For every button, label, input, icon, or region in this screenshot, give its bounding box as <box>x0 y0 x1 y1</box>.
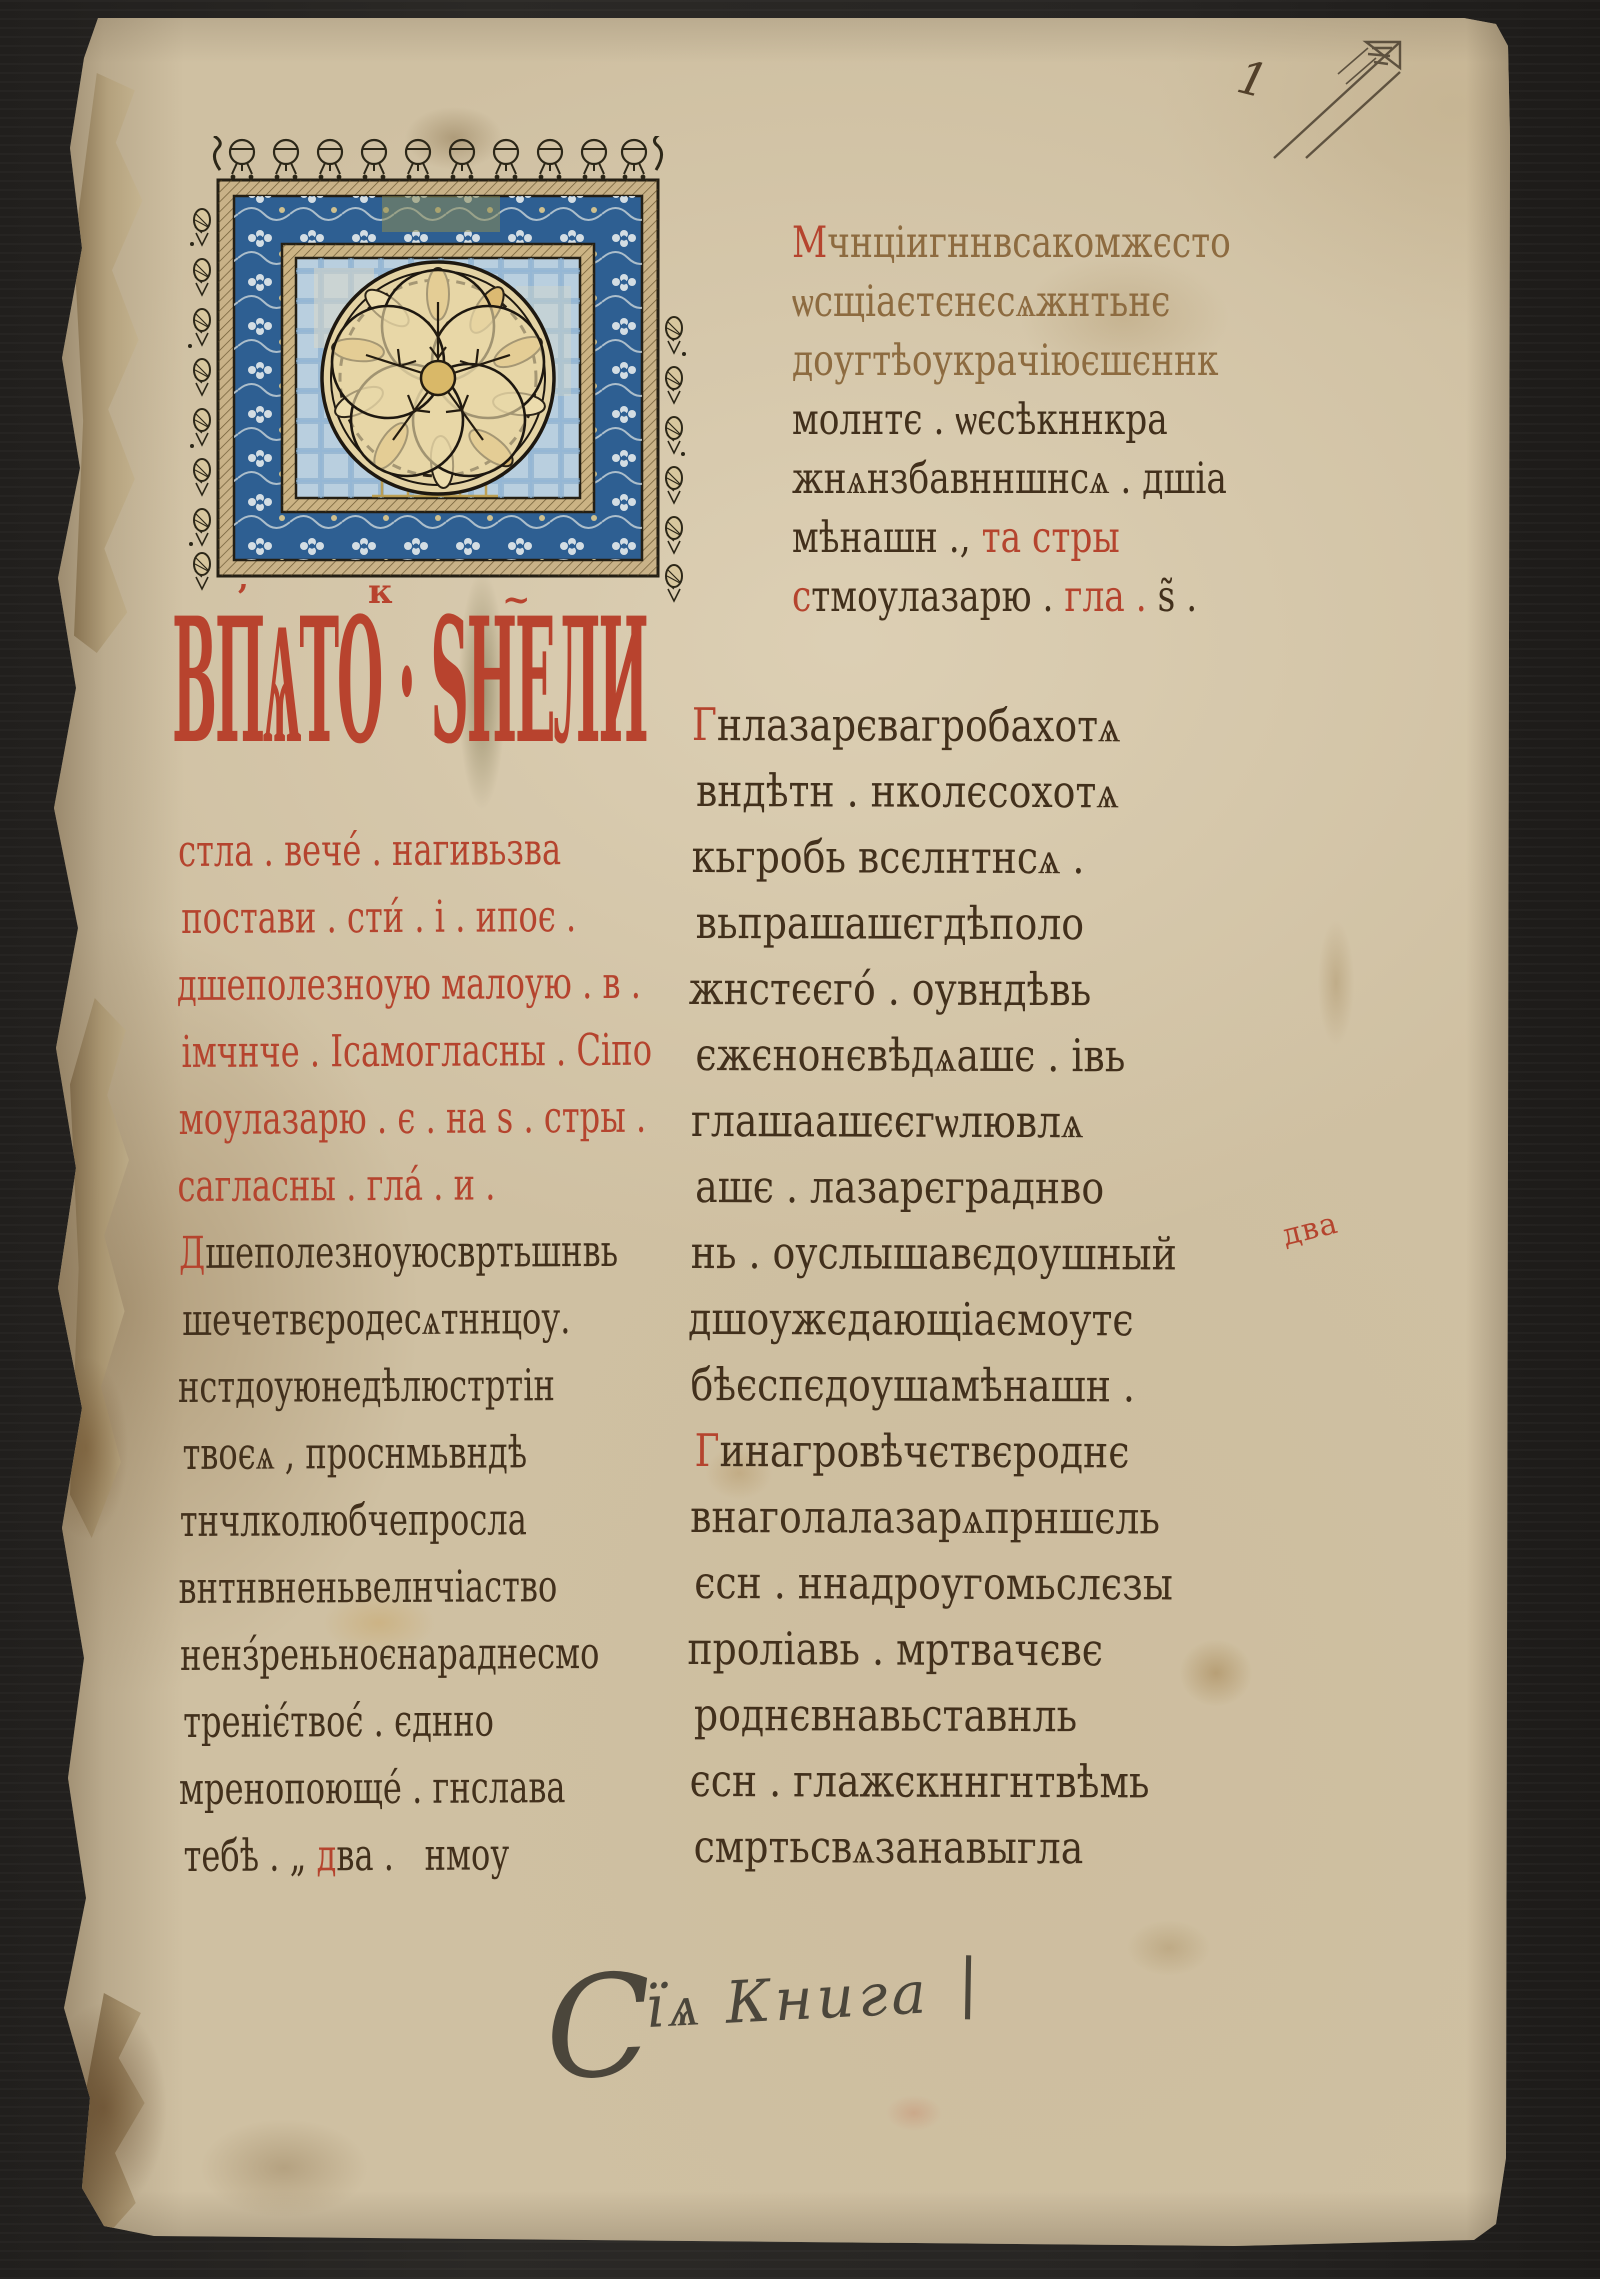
text-line: кьгробь всєлнтнсѧ . <box>692 824 1178 892</box>
text-segment: с <box>792 572 811 622</box>
text-line: мренопоюще́ . гнслава <box>179 1754 650 1823</box>
text-segment: чнціигннвсакомжєсто <box>827 218 1231 268</box>
text-segment: д <box>316 1830 336 1881</box>
text-segment: шеполезноуюсвртьшнвь <box>205 1226 618 1279</box>
text-segment: доугтѣоукрачіюєшєннк <box>792 336 1218 386</box>
text-segment: дшеполезноую малоую . в . <box>177 958 641 1011</box>
text-line: нстдоуюнедѣлюстртін <box>178 1352 649 1421</box>
text-line: єсн . глажєкннгнтвѣмь <box>690 1748 1176 1816</box>
left-text-column: стла . вече́ . нагивьзвапостави . сти́ .… <box>178 816 651 1890</box>
text-line: ашє . лазарєграднво <box>695 1154 1181 1222</box>
text-segment: тнчлколюбчепросла <box>180 1494 527 1547</box>
headpiece-top-fringe-icon <box>214 136 662 179</box>
text-segment: инагровѣчєтвєроднє <box>720 1424 1130 1478</box>
text-segment: смртьсвѧзанавыгла <box>694 1820 1084 1874</box>
headpiece-rosette-icon <box>322 262 554 494</box>
inscription-tail-stroke: | <box>957 1946 980 2020</box>
text-segment: Д <box>179 1228 205 1279</box>
text-segment: ва . <box>336 1830 394 1881</box>
text-line: дшоужєдающіаємоутє <box>688 1286 1174 1354</box>
ownership-inscription: Сїѧ Книга| <box>541 1927 984 2113</box>
text-line: Дшеполезноуюсвртьшнвь <box>179 1218 650 1287</box>
text-line: Гинагровѣчєтвєроднє <box>694 1418 1180 1486</box>
text-line: стмоулазарю . гла . ѕ̃ . <box>792 568 1231 627</box>
text-segment: ашє . лазарєграднво <box>695 1160 1104 1214</box>
text-segment: мѣнашн ., <box>792 513 982 563</box>
text-line: твоєѧ , проснмьвндѣ <box>182 1419 653 1488</box>
text-line: проліавь . мртвачєвє <box>687 1616 1173 1684</box>
text-segment: мренопоюще́ . гнслава <box>179 1762 566 1815</box>
text-segment: роднєвнавьставнль <box>694 1688 1077 1742</box>
text-segment: треніє́твоє́ . єднно <box>183 1695 494 1747</box>
right-text-column-upper: Мчнціигннвсакомжєстоѡсщіаєтєнєсѧжнтьнєдо… <box>792 214 1231 627</box>
manuscript-scan: { "page": { "folio_number": "1", "margin… <box>0 0 1600 2279</box>
text-line: доугтѣоукрачіюєшєннк <box>792 332 1231 391</box>
inscription-text: їѧ Книга <box>644 1958 932 2041</box>
text-segment: нмоу <box>394 1829 509 1881</box>
text-line: нь . оуслышавєдоушный <box>691 1220 1177 1288</box>
text-segment: гла . <box>1064 572 1157 622</box>
text-line: стла . вече́ . нагивьзва <box>178 816 649 885</box>
text-line: тнчлколюбчепросла <box>180 1486 651 1555</box>
text-segment: стла . вече́ . нагивьзва <box>178 824 561 877</box>
text-segment: Г <box>694 1424 719 1477</box>
text-segment: ѡсщіаєтєнєсѧжнтьнє <box>792 277 1170 327</box>
text-line: дшеполезноую малоую . в . <box>177 950 648 1019</box>
text-segment: вндѣтн . нколєсохотѧ <box>696 764 1119 818</box>
text-segment: тмоулазарю . <box>811 572 1064 622</box>
text-line: глашаашєєгѡлювлѧ <box>691 1088 1177 1156</box>
text-line: єсн . ннадроугомьслєзы <box>694 1550 1180 1618</box>
right-text-column-lower: Гнлазарєвагробахотѧвндѣтн . нколєсохотѧк… <box>689 692 1178 1882</box>
text-line: внтнвненьвелнчіаство <box>178 1553 649 1622</box>
text-line: ѡсщіаєтєнєсѧжнтьнє <box>792 273 1231 332</box>
binding-tear <box>74 73 150 653</box>
text-segment: ненз́реньноєнараднесмо <box>180 1628 599 1681</box>
text-line: смртьсвѧзанавыгла <box>694 1814 1180 1882</box>
text-line: внаголалазарѧпрншєль <box>690 1484 1176 1552</box>
text-segment: жнстєєго́ . оувндѣвь <box>689 962 1092 1016</box>
binding-tear <box>78 1993 152 2243</box>
text-segment: М <box>792 218 827 268</box>
binding-tear <box>70 998 132 1538</box>
headpiece-left-fringe-icon <box>188 209 210 589</box>
text-segment: твоєѧ , проснмьвндѣ <box>182 1427 527 1480</box>
text-line: бѣєспєдоушамѣнашн . <box>690 1352 1176 1420</box>
text-line: моулазарю . є . на ѕ . стры . <box>179 1084 650 1153</box>
text-line: роднєвнавьставнль <box>694 1682 1180 1750</box>
text-segment: єсн . глажєкннгнтвѣмь <box>690 1754 1150 1808</box>
illuminated-headpiece <box>186 136 690 606</box>
text-segment: бѣєспєдоушамѣнашн . <box>690 1358 1135 1412</box>
text-segment: єсн . ннадроугомьслєзы <box>694 1556 1173 1610</box>
text-line: Гнлазарєвагробахотѧ <box>692 692 1178 760</box>
text-line: сагласны . гла́ . и . <box>177 1151 648 1220</box>
text-line: мѣнашн ., та стры <box>792 509 1231 568</box>
text-segment: імчнче . Ісамогласны . Сіпо <box>181 1025 652 1078</box>
text-segment: Г <box>692 698 717 751</box>
text-segment: шечетвєродесѧтннцоу. <box>182 1293 570 1346</box>
corner-doodle-icon <box>1268 38 1404 164</box>
text-segment: дшоужєдающіаємоутє <box>688 1292 1134 1346</box>
text-line: молнтє . ѡєсѣкннкра <box>792 391 1231 450</box>
text-segment: тебѣ . „ <box>184 1830 317 1882</box>
text-line: Мчнціигннвсакомжєсто <box>792 214 1231 273</box>
headpiece-right-fringe-icon <box>666 317 686 601</box>
text-line: жнѧнзбавнншнсѧ . дшіа <box>792 450 1231 509</box>
text-line: тебѣ . „ два . нмоу <box>183 1821 654 1890</box>
text-segment: моулазарю . є . на ѕ . стры . <box>179 1092 647 1145</box>
text-segment: та стры <box>982 513 1120 563</box>
text-line: треніє́твоє́ . єднно <box>183 1687 654 1756</box>
text-segment: глашаашєєгѡлювлѧ <box>691 1094 1083 1148</box>
text-line: вьпрашашєгдѣполо <box>696 890 1182 958</box>
text-line: шечетвєродесѧтннцоу. <box>182 1285 653 1354</box>
text-line: імчнче . Ісамогласны . Сіпо <box>181 1017 652 1086</box>
text-segment: молнтє . ѡєсѣкннкра <box>792 395 1168 445</box>
text-segment: єжєнонєвѣдѧашє . івь <box>695 1028 1125 1082</box>
text-segment: проліавь . мртвачєвє <box>687 1622 1103 1676</box>
text-segment: сагласны . гла́ . и . <box>177 1159 495 1212</box>
text-segment: внтнвненьвелнчіаство <box>178 1561 557 1614</box>
text-line: ненз́реньноєнараднесмо <box>180 1620 651 1689</box>
inscription-initial: С <box>541 1944 651 2112</box>
text-segment: нлазарєвагробахотѧ <box>717 698 1121 752</box>
text-segment: нстдоуюнедѣлюстртін <box>178 1360 555 1413</box>
text-segment: постави . сти́ . і . ипоє . <box>181 891 576 944</box>
text-segment: вьпрашашєгдѣполо <box>696 896 1084 950</box>
text-segment: ѕ̃ . <box>1158 572 1198 622</box>
text-line: постави . сти́ . і . ипоє . <box>181 883 652 952</box>
title-text: ВПѦТО · ЅНЕЛИ <box>172 606 647 756</box>
text-line: єжєнонєвѣдѧашє . івь <box>695 1022 1181 1090</box>
text-line: жнстєєго́ . оувндѣвь <box>689 956 1175 1024</box>
text-segment: внаголалазарѧпрншєль <box>690 1490 1160 1544</box>
text-segment: кьгробь всєлнтнсѧ . <box>692 830 1085 884</box>
text-segment: жнѧнзбавнншнсѧ . дшіа <box>792 454 1227 504</box>
text-line: вндѣтн . нколєсохотѧ <box>696 758 1182 826</box>
text-segment: нь . оуслышавєдоушный <box>691 1226 1177 1281</box>
